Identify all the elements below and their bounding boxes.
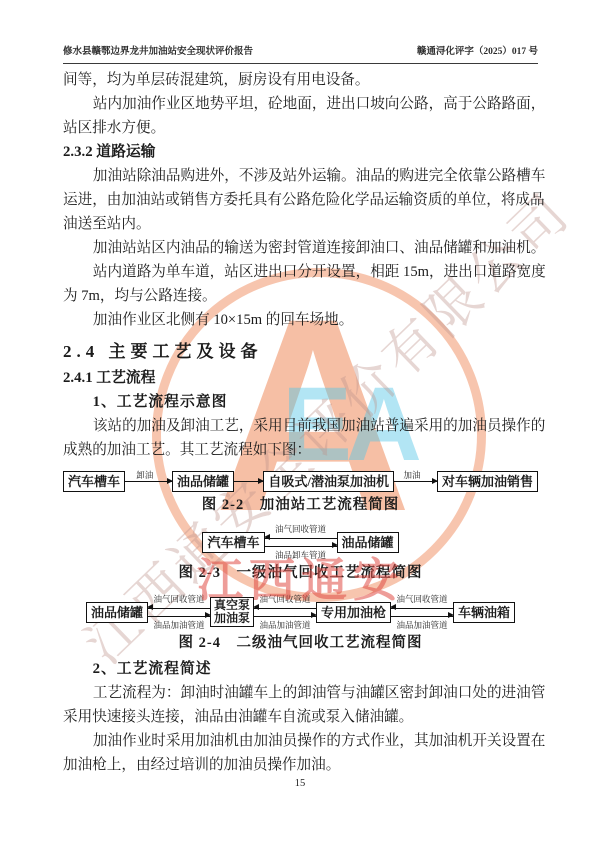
body-line: 加油枪上，由经过培训的加油员操作加油。	[63, 753, 538, 777]
body-line: 加油站除油品购进外，不涉及站外运输。油品的购进完全依靠公路槽车	[63, 164, 538, 188]
page-content: 间等，均为单层砖混建筑，厨房设有用电设备。 站内加油作业区地势平坦，砼地面，进出…	[63, 68, 538, 777]
arrow-label-unload: 卸油	[136, 471, 153, 480]
subheading-2: 2、工艺流程简述	[63, 657, 538, 681]
body-line: 站内道路为单车道，站区进出口分开设置，相距 15m，进出口道路宽度	[63, 260, 538, 284]
body-line: 加油作业时采用加油机由加油员操作的方式作业，其加油机开关设置在	[63, 729, 538, 753]
flow-box-sell-to-vehicle: 对车辆加油销售	[437, 471, 538, 492]
body-line: 加油站站区内油品的输送为密封管道连接卸油口、油品储罐和加油机。	[63, 236, 538, 260]
right-arrow-icon	[234, 481, 263, 482]
heading-2-3-2: 2.3.2 道路运输	[63, 140, 538, 164]
flow-arrow-unload: 卸油	[125, 481, 172, 482]
body-line: 该站的加油及卸油工艺，采用目前我国加油站普遍采用的加油员操作的	[63, 414, 538, 438]
figure-2-4-caption: 图 2-4 二级油气回收工艺流程简图	[63, 633, 538, 653]
body-line: 加油作业区北侧有 10×15m 的回车场地。	[63, 308, 538, 332]
body-line: 站区排水方便。	[63, 116, 538, 140]
heading-2-4: 2.4 主要工艺及设备	[63, 338, 538, 366]
figure-2-2-diagram: 汽车槽车 卸油 油品储罐 自吸式/潜油泵加油机 加油 对车辆加油销售	[63, 471, 538, 492]
document-page: A EA 江西通安全评价有限公司 江西通安 修水县赣鄂边界龙井加油站安全现状评价…	[0, 0, 600, 849]
body-line: 站内加油作业区地势平坦，砼地面，进出口坡向公路，高于公路路面，	[63, 92, 538, 116]
flow-box-oil-tank: 油品储罐	[172, 471, 234, 492]
subheading-1: 1、工艺流程示意图	[63, 390, 538, 414]
flow-box-tanker-truck: 汽车槽车	[63, 471, 125, 492]
right-arrow-icon	[391, 616, 453, 617]
watermark-red-stamp-text: 江西通安	[197, 544, 405, 610]
right-arrow-icon	[394, 481, 437, 482]
body-line: 成熟的加油工艺。其工艺流程如下图：	[63, 438, 538, 462]
body-line: 采用快速接头连接，油品由油罐车自流或泵入储油罐。	[63, 705, 538, 729]
body-line: 间等，均为单层砖混建筑，厨房设有用电设备。	[63, 68, 538, 92]
left-arrow-icon	[265, 538, 337, 539]
right-arrow-icon	[254, 616, 316, 617]
flow-box-vehicle-fuel-tank: 车辆油箱	[453, 602, 515, 623]
flow-box-oil-tank: 油品储罐	[86, 602, 148, 623]
flow-box-line: 加油泵	[214, 611, 250, 625]
body-line: 为 7m，均与公路连接。	[63, 284, 538, 308]
figure-2-2-caption: 图 2-2 加油站工艺流程简图	[63, 495, 538, 515]
flow-arrow-plain	[234, 481, 263, 482]
header-report-title: 修水县赣鄂边界龙井加油站安全现状评价报告	[63, 46, 253, 58]
right-arrow-icon	[125, 481, 172, 482]
right-arrow-icon	[148, 616, 210, 617]
pipe-label-oil-refueling: 油品加油管道	[254, 620, 316, 630]
pipe-label-vapor-recovery: 油气回收管道	[265, 524, 337, 534]
pipe-label-oil-refueling: 油品加油管道	[148, 620, 210, 630]
body-line: 油送至站内。	[63, 212, 538, 236]
body-line: 运进，由加油站或销售方委托具有公路危险化学品运输资质的单位，将成品	[63, 188, 538, 212]
arrow-label-refuel: 加油	[404, 471, 421, 480]
pipe-label-oil-refueling: 油品加油管道	[391, 620, 453, 630]
heading-2-4-1: 2.4.1 工艺流程	[63, 366, 538, 390]
flow-arrow-refuel: 加油	[394, 481, 437, 482]
body-line: 工艺流程为：卸油时油罐车上的卸油管与油罐区密封卸油口处的进油管	[63, 681, 538, 705]
header-document-number: 赣通浔化评字（2025）017 号	[417, 46, 538, 58]
page-header: 修水县赣鄂边界龙井加油站安全现状评价报告 赣通浔化评字（2025）017 号	[63, 46, 538, 64]
page-number: 15	[0, 778, 600, 789]
flow-box-dispenser: 自吸式/潜油泵加油机	[263, 471, 394, 492]
